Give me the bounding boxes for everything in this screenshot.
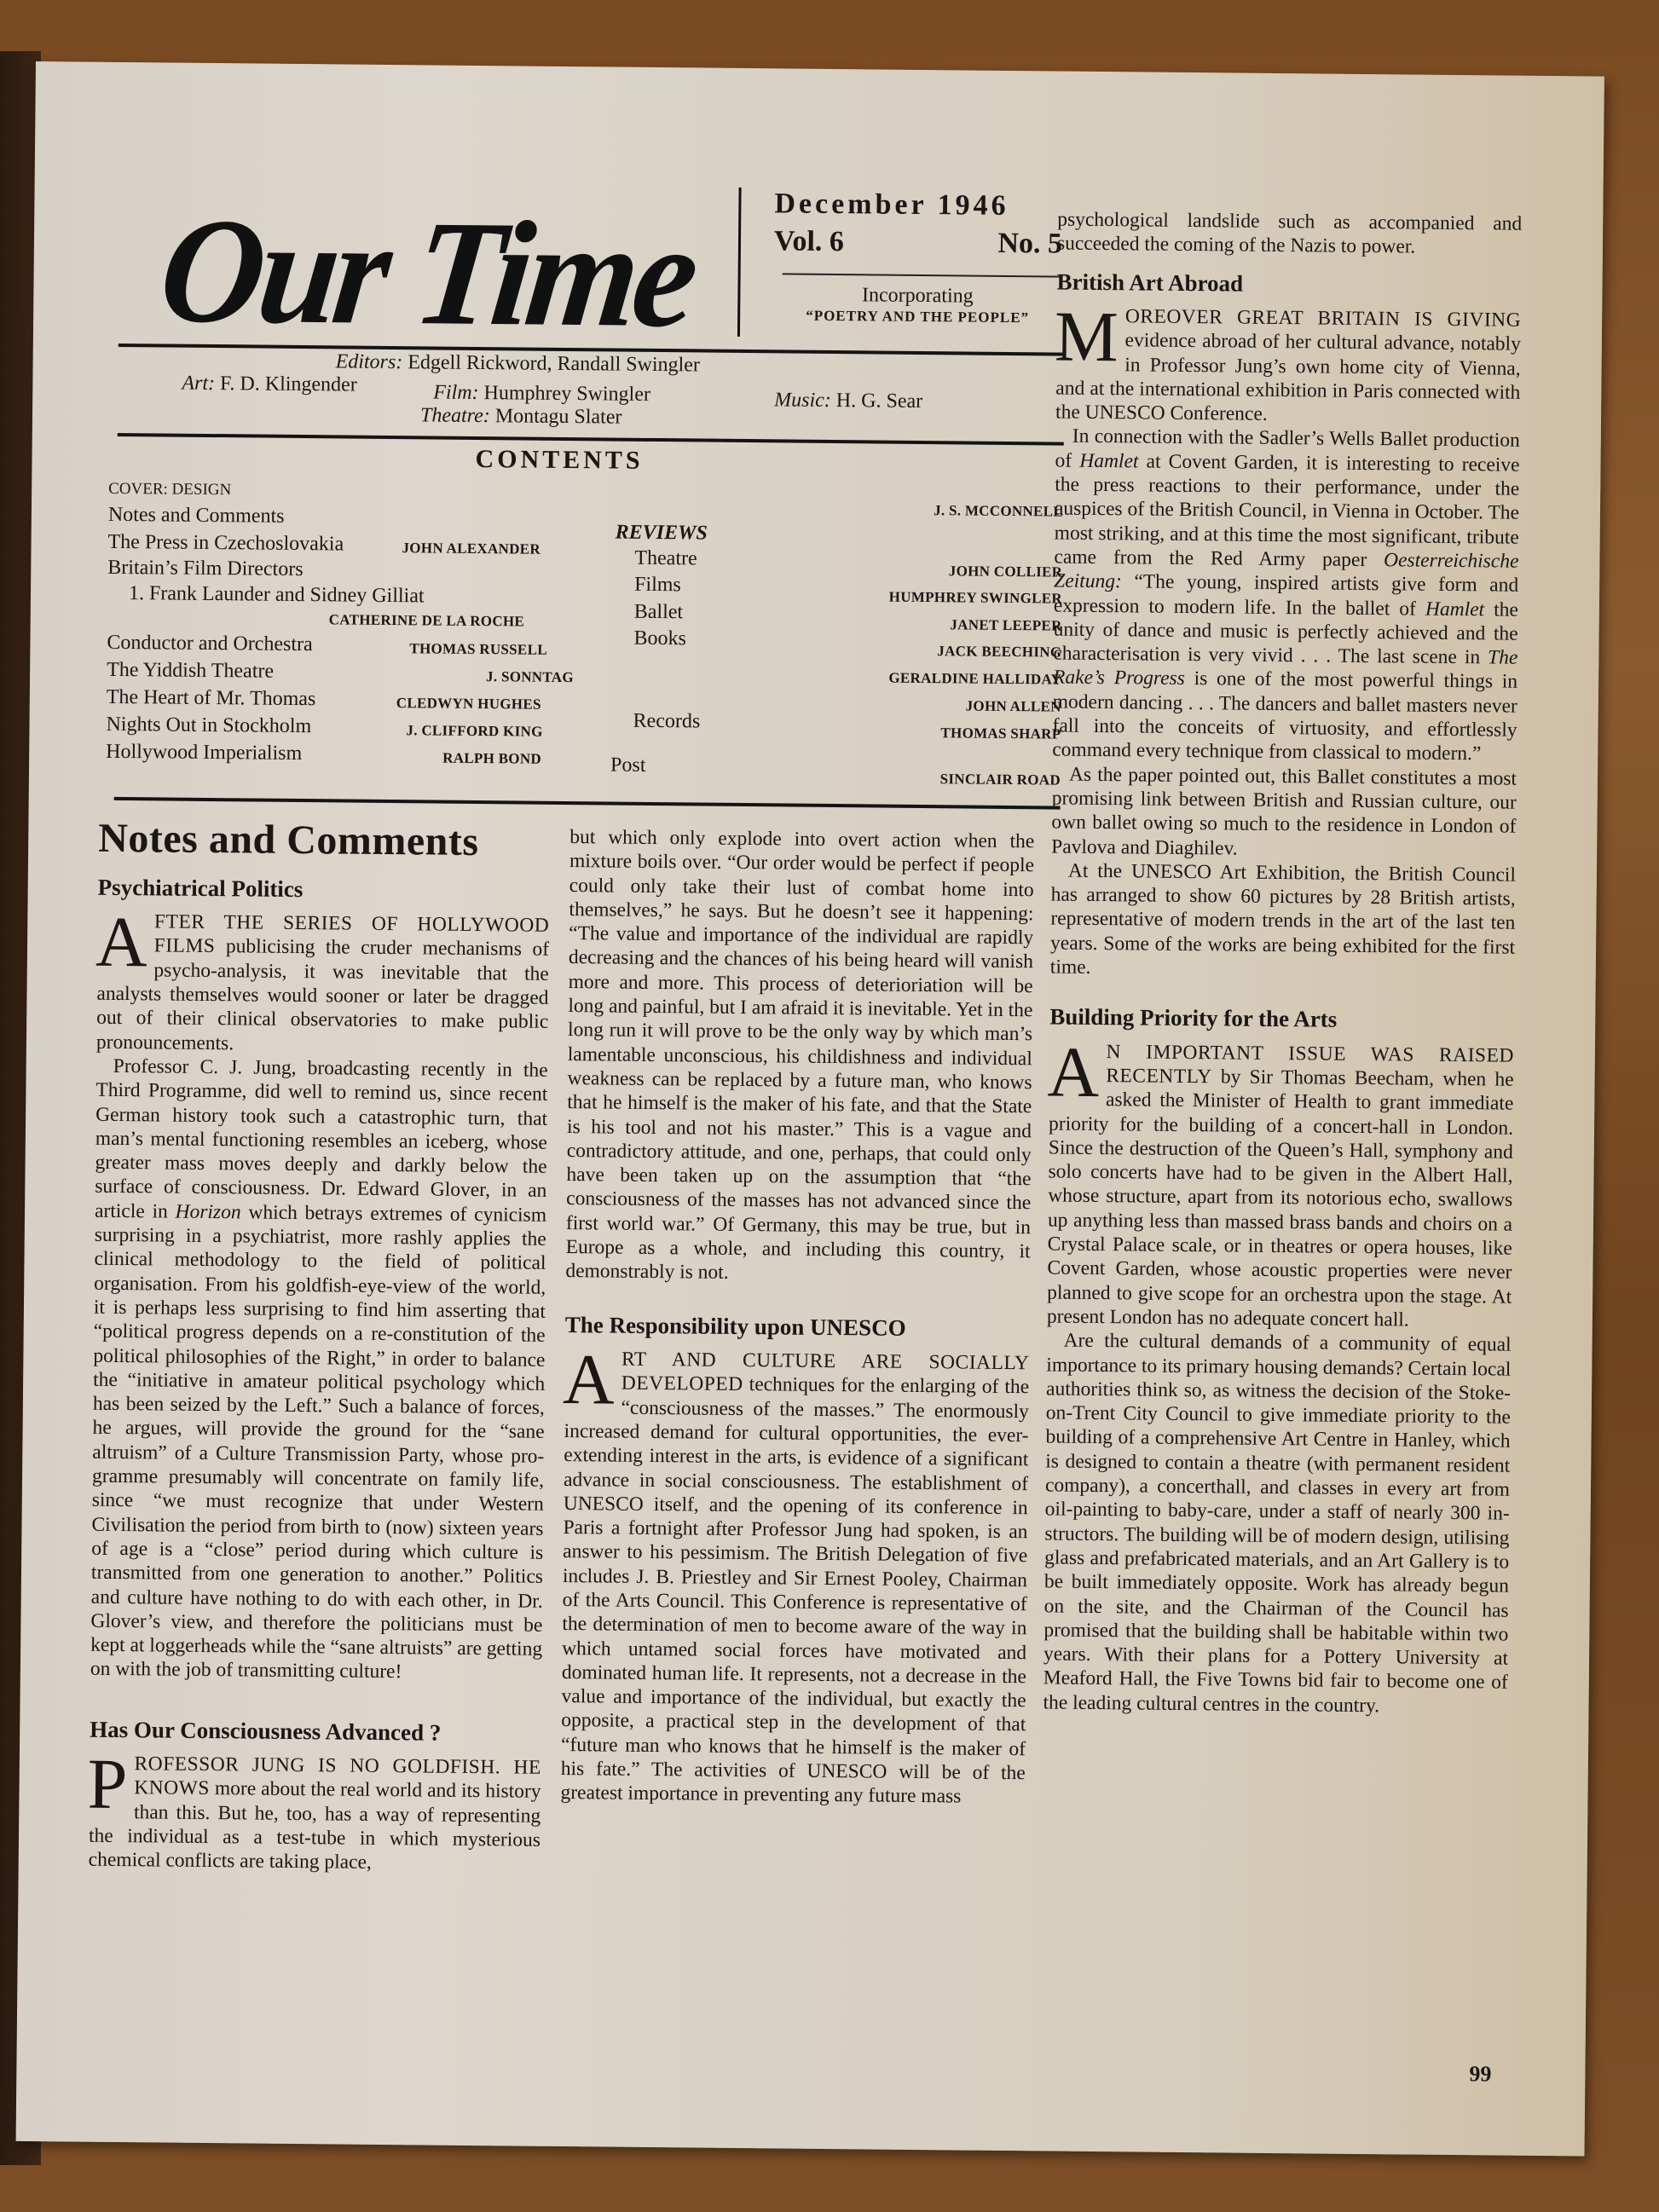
toc-item[interactable]: Nights Out in Stockholm — [106, 713, 311, 738]
toc-review-author: JACK BEECHING — [937, 643, 1061, 661]
toc-item[interactable]: The Heart of Mr. Thomas — [107, 686, 316, 711]
paragraph: Professor C. J. Jung, broadcasting recen… — [90, 1054, 548, 1686]
drop-cap: A — [1047, 1044, 1099, 1101]
column-1: Notes and Comments Psychiatrical Politic… — [89, 817, 551, 1877]
paragraph-text: At the UNESCO Art Exhibition, the Britis… — [1050, 859, 1516, 978]
toc-review-author: JOHN ALLEN — [966, 698, 1061, 716]
toc-review-author: GERALDINE HALLIDAY — [888, 670, 1061, 689]
drop-cap: A — [563, 1352, 615, 1409]
column-2: but which only explode into overt action… — [560, 825, 1034, 1810]
toc-author: J. SONNTAG — [486, 668, 574, 686]
toc-review-author: HUMPHREY SWINGLER — [889, 589, 1062, 608]
paragraph-text: by Sir Thomas Beecham, when he asked the… — [1047, 1066, 1514, 1331]
lead-in: OREOVER GREAT BRITAIN IS GIVING — [1125, 305, 1522, 331]
toc-author: RALPH BOND — [442, 750, 541, 768]
paragraph: In connection with the Sadler’s Wells Ba… — [1052, 424, 1520, 766]
section-heading: The Responsibility upon UNESCO — [565, 1311, 1030, 1343]
publication-title: Horizon — [175, 1200, 240, 1223]
paragraph-text: As the paper pointed out, this Ballet co… — [1051, 763, 1517, 859]
paragraph: MOREOVER GREAT BRITAIN IS GIVING evidenc… — [1055, 303, 1521, 429]
paragraph-text: but which only explode into overt action… — [565, 826, 1034, 1284]
toc-cover-author: J. S. MCCONNELL — [934, 502, 1063, 520]
toc-author: CATHERINE DE LA ROCHE — [329, 611, 525, 630]
toc-review-item[interactable]: Ballet — [634, 601, 684, 625]
paragraph: ART AND CULTURE ARE SOCIALLY DEVELOPED t… — [560, 1347, 1029, 1810]
paragraph: but which only explode into overt action… — [565, 825, 1034, 1288]
paragraph-text: Are the cultural demands of a community … — [1043, 1330, 1511, 1717]
toc-review-author: JOHN COLLIER — [949, 563, 1063, 580]
toc-item[interactable]: Britain’s Film Directors — [107, 557, 303, 581]
magazine-page: Our Time December 1946 Vol. 6 No. 5 Inco… — [16, 61, 1604, 2157]
toc-review-author: JANET LEEPER — [950, 616, 1061, 634]
section-heading: Has Our Consciousness Advanced ? — [90, 1715, 541, 1747]
paragraph-text: evidence abroad of her cultural advance,… — [1055, 330, 1521, 425]
drop-cap: P — [87, 1757, 127, 1813]
section-heading: British Art Abroad — [1056, 268, 1521, 300]
paragraph: AN IMPORTANT ISSUE WAS RAISED RECENTLY b… — [1047, 1039, 1514, 1333]
paragraph: psychological landslide such as accompan… — [1057, 208, 1523, 261]
toc-review-item[interactable]: Films — [634, 574, 681, 598]
paragraph-text: techniques for the enlarging of the “con… — [560, 1373, 1029, 1807]
column-3: psychological landslide such as accompan… — [1043, 208, 1522, 1719]
work-title: Hamlet — [1425, 598, 1484, 621]
paragraph: At the UNESCO Art Exhibition, the Britis… — [1050, 858, 1516, 984]
work-title: Hamlet — [1079, 450, 1138, 473]
toc-item[interactable]: 1. Frank Launder and Sidney Gilliat — [129, 582, 425, 608]
toc-author: CLEDWYN HUGHES — [396, 695, 541, 713]
toc-post-author: SINCLAIR ROAD — [940, 771, 1061, 788]
paragraph: PROFESSOR JUNG IS NO GOLDFISH. HE KNOWS … — [89, 1752, 541, 1877]
toc-reviews-heading: REVIEWS — [616, 522, 708, 546]
paragraph-text: which betrays extremes of cynicism surpr… — [90, 1201, 546, 1683]
section-heading: Psychiatrical Politics — [98, 874, 550, 905]
toc-author: THOMAS RUSSELL — [409, 640, 547, 659]
toc-review-item[interactable]: Theatre — [634, 547, 697, 571]
table-of-contents: COVER: DESIGN J. S. MCCONNELL Notes and … — [105, 62, 1067, 839]
toc-item[interactable]: The Yiddish Theatre — [107, 659, 274, 684]
paragraph: AFTER THE SERIES OF HOLLYWOOD FILMS publ… — [96, 910, 550, 1059]
toc-item[interactable]: Conductor and Orchestra — [107, 632, 313, 656]
section-heading: Building Priority for the Arts — [1049, 1003, 1514, 1036]
article-title: Notes and Comments — [98, 817, 550, 866]
paragraph: As the paper pointed out, this Ballet co… — [1051, 762, 1517, 863]
toc-author: JOHN ALEXANDER — [402, 540, 540, 558]
toc-item[interactable]: The Press in Czechoslovakia — [107, 531, 344, 557]
drop-cap: A — [95, 915, 147, 972]
page-number: 99 — [1469, 2061, 1491, 2087]
paragraph: Are the cultural demands of a community … — [1043, 1329, 1511, 1719]
toc-review-item[interactable]: Records — [633, 710, 700, 734]
toc-item[interactable]: Notes and Comments — [108, 504, 285, 528]
toc-cover: COVER: DESIGN — [108, 480, 231, 500]
toc-author: J. CLIFFORD KING — [406, 722, 542, 741]
toc-review-author: THOMAS SHARP — [940, 725, 1061, 742]
drop-cap: M — [1055, 309, 1119, 366]
toc-item[interactable]: Hollywood Imperialism — [106, 741, 302, 765]
paragraph-text: psychological landslide such as accompan… — [1057, 209, 1522, 258]
paragraph-text: Professor C. J. Jung, broadcasting recen… — [95, 1055, 548, 1222]
toc-post[interactable]: Post — [610, 754, 646, 777]
toc-review-item[interactable]: Books — [633, 627, 686, 651]
